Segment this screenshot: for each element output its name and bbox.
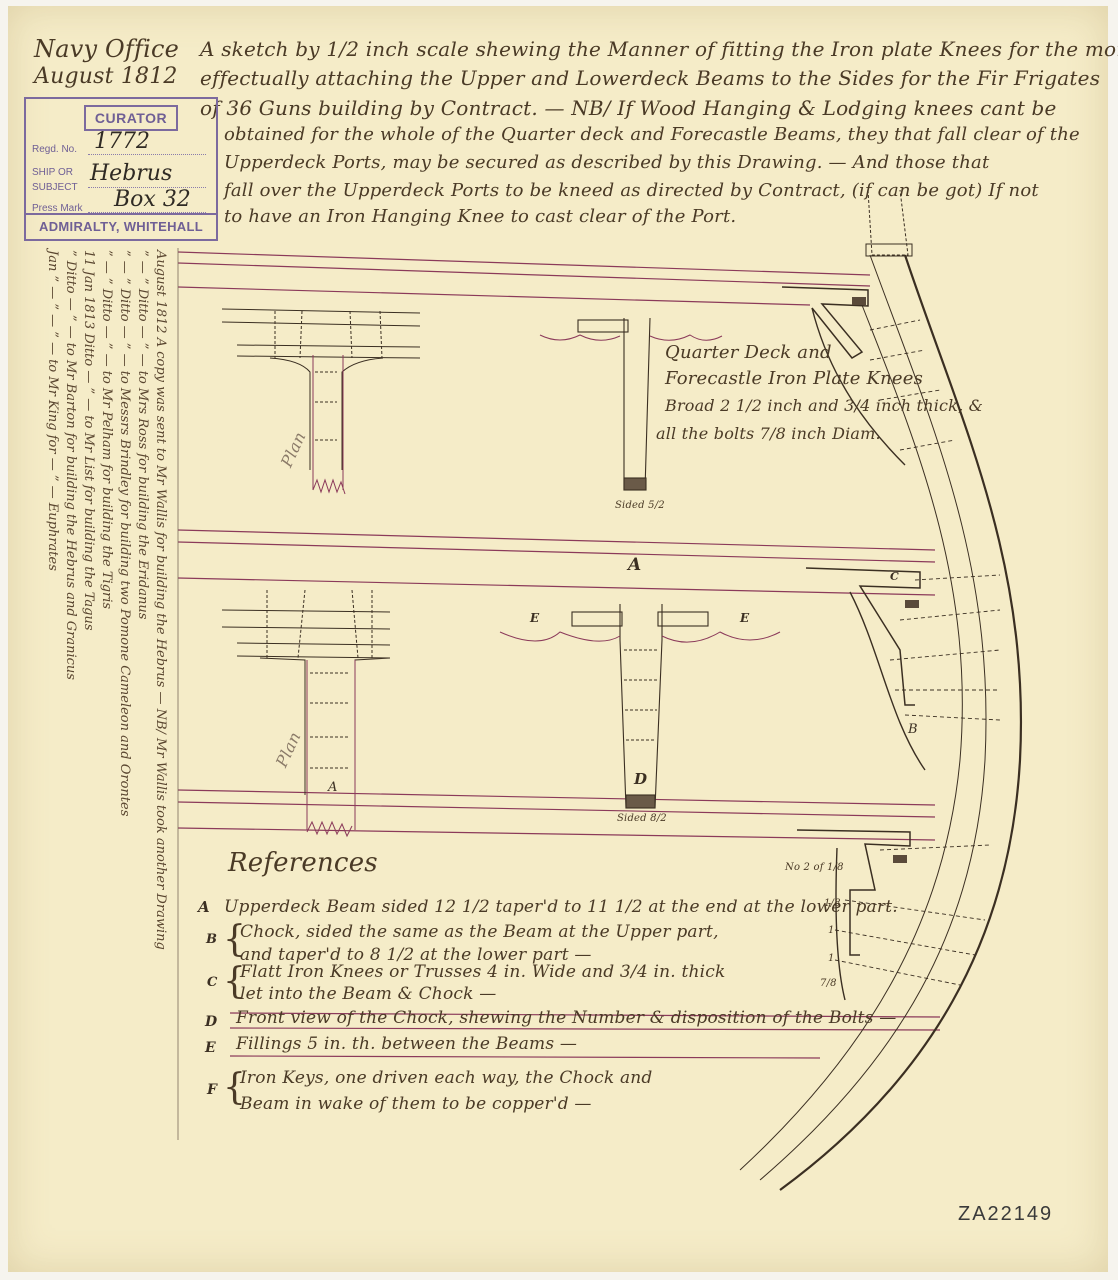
ref-key-b: B xyxy=(206,932,217,947)
label-c: C xyxy=(890,570,899,583)
label-a-plan: A xyxy=(328,780,337,795)
sided-upper: Sided 5/2 xyxy=(615,500,665,511)
label-d: D xyxy=(634,770,647,788)
ref-text-e: Fillings 5 in. th. between the Beams — xyxy=(236,1034,577,1054)
sided-lower: Sided 8/2 xyxy=(617,813,667,824)
ref-text-b-1: Chock, sided the same as the Beam at the… xyxy=(240,922,719,942)
label-e-left: E xyxy=(530,611,539,625)
ref-key-c: C xyxy=(207,975,217,990)
ref-key-a: A xyxy=(198,898,210,916)
ref-key-f: F xyxy=(207,1082,217,1098)
ref-text-c-2: let into the Beam & Chock — xyxy=(240,984,496,1004)
hull-mark-3: 1 xyxy=(828,953,835,964)
knee-note-2: Forecastle Iron Plate Knees xyxy=(665,368,923,389)
ref-text-a: Upperdeck Beam sided 12 1/2 taper'd to 1… xyxy=(224,897,898,917)
ref-text-f-1: Iron Keys, one driven each way, the Choc… xyxy=(240,1068,653,1088)
hull-mark-4: 7/8 xyxy=(820,978,837,989)
ref-text-d: Front view of the Chock, shewing the Num… xyxy=(236,1008,896,1028)
ref-text-c-1: Flatt Iron Knees or Trusses 4 in. Wide a… xyxy=(240,962,726,982)
label-b: B xyxy=(908,722,918,737)
section-label-a: A xyxy=(628,555,641,575)
ref-text-f-2: Beam in wake of them to be copper'd — xyxy=(240,1094,592,1114)
ship-section-drawing xyxy=(0,0,1118,1280)
bolt-count-note: No 2 of 1/8 xyxy=(785,862,844,873)
knee-note-1: Quarter Deck and xyxy=(665,342,832,363)
catalog-number: ZA22149 xyxy=(958,1203,1053,1226)
label-e-right: E xyxy=(740,611,749,625)
ref-key-e: E xyxy=(205,1040,216,1056)
knee-note-4: all the bolts 7/8 inch Diam. xyxy=(656,424,881,443)
references-title: References xyxy=(228,848,378,878)
ref-key-d: D xyxy=(205,1014,217,1030)
hull-mark-2: 1 xyxy=(828,925,835,936)
knee-note-3: Broad 2 1/2 inch and 3/4 inch thick, & xyxy=(665,396,983,415)
